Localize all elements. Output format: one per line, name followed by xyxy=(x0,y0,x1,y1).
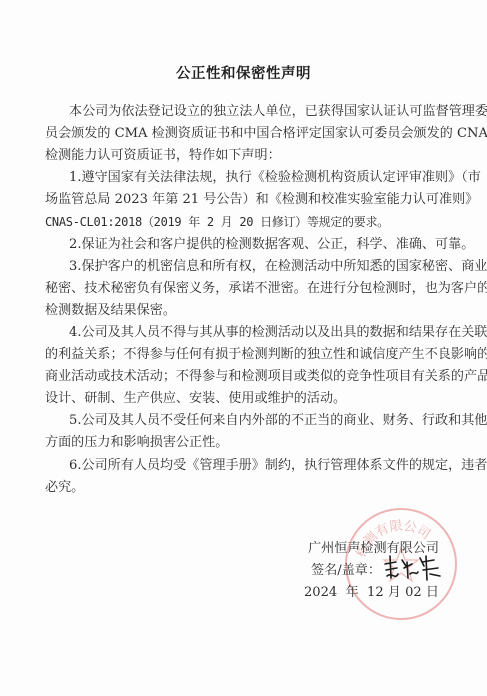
text-line: 员会颁发的 CMA 检测资质证书和中国合格评定国家认可委员会颁发的 CNAS xyxy=(45,123,438,145)
handwritten-signature-icon xyxy=(382,552,444,582)
text-line: 必究。 xyxy=(45,477,438,499)
text-line: 2.保证为社会和客户提供的检测数据客观、公正，科学、准确、可靠。 xyxy=(45,234,438,256)
text-line: 4.公司及其人员不得与其从事的检测活动以及出具的数据和结果存在关联 xyxy=(45,322,438,344)
clause-6: 6.公司所有人员均受《管理手册》制约，执行管理体系文件的规定，违者 必究。 xyxy=(45,455,438,499)
clause-3: 3.保护客户的机密信息和所有权，在检测活动中所知悉的国家秘密、商业 秘密、技术秘… xyxy=(45,256,438,322)
text-line: 3.保护客户的机密信息和所有权，在检测活动中所知悉的国家秘密、商业 xyxy=(45,256,438,278)
text-line: 6.公司所有人员均受《管理手册》制约，执行管理体系文件的规定，违者 xyxy=(45,455,438,477)
text-line: 1.遵守国家有关法律法规，执行《检验检测机构资质认定评审准则》（市 xyxy=(45,167,438,189)
text-line: 检测数据及结果保密。 xyxy=(45,300,438,322)
document-page: 公正性和保密性声明 本公司为依法登记设立的独立法人单位，已获得国家认证认可监督管… xyxy=(0,0,487,696)
text-line: 的利益关系；不得参与任何有损于检测判断的独立性和诚信度产生不良影响的 xyxy=(45,344,438,366)
signature-date: 2024 年 12 月 02 日 xyxy=(304,581,439,600)
text-line: 方面的压力和影响损害公正性。 xyxy=(45,432,438,454)
document-body: 本公司为依法登记设立的独立法人单位，已获得国家认证认可监督管理委 员会颁发的 C… xyxy=(45,101,438,499)
text-line: CNAS-CL01:2018（2019 年 2 月 20 日修订）等规定的要求。 xyxy=(45,211,438,233)
clause-4: 4.公司及其人员不得与其从事的检测活动以及出具的数据和结果存在关联 的利益关系；… xyxy=(45,322,438,410)
text-line: 5.公司及其人员不受任何来自内外部的不正当的商业、财务、行政和其他 xyxy=(45,410,438,432)
signature-label: 签名/盖章： xyxy=(311,559,381,578)
text-line: 设计、研制、生产供应、安装、使用或维护的活动。 xyxy=(45,388,438,410)
text-line: 场监管总局 2023 年第 21 号公告）和《检测和校准实验室能力认可准则》 xyxy=(45,189,438,211)
text-line: 商业活动或技术活动；不得参与和检测项目或类似的竞争性项目有关系的产品 xyxy=(45,366,438,388)
clause-1: 1.遵守国家有关法律法规，执行《检验检测机构资质认定评审准则》（市 场监管总局 … xyxy=(45,167,438,233)
clause-2: 2.保证为社会和客户提供的检测数据客观、公正，科学、准确、可靠。 xyxy=(45,234,438,256)
page-title: 公正性和保密性声明 xyxy=(0,62,487,83)
text-line: 本公司为依法登记设立的独立法人单位，已获得国家认证认可监督管理委 xyxy=(45,101,438,123)
text-line: 检测能力认可资质证书，特作如下声明： xyxy=(45,145,438,167)
text-line: 秘密、技术秘密负有保密义务，承诺不泄密。在进行分包检测时，也为客户的 xyxy=(45,278,438,300)
intro-paragraph: 本公司为依法登记设立的独立法人单位，已获得国家认证认可监督管理委 员会颁发的 C… xyxy=(45,101,438,167)
clause-5: 5.公司及其人员不受任何来自内外部的不正当的商业、财务、行政和其他 方面的压力和… xyxy=(45,410,438,454)
